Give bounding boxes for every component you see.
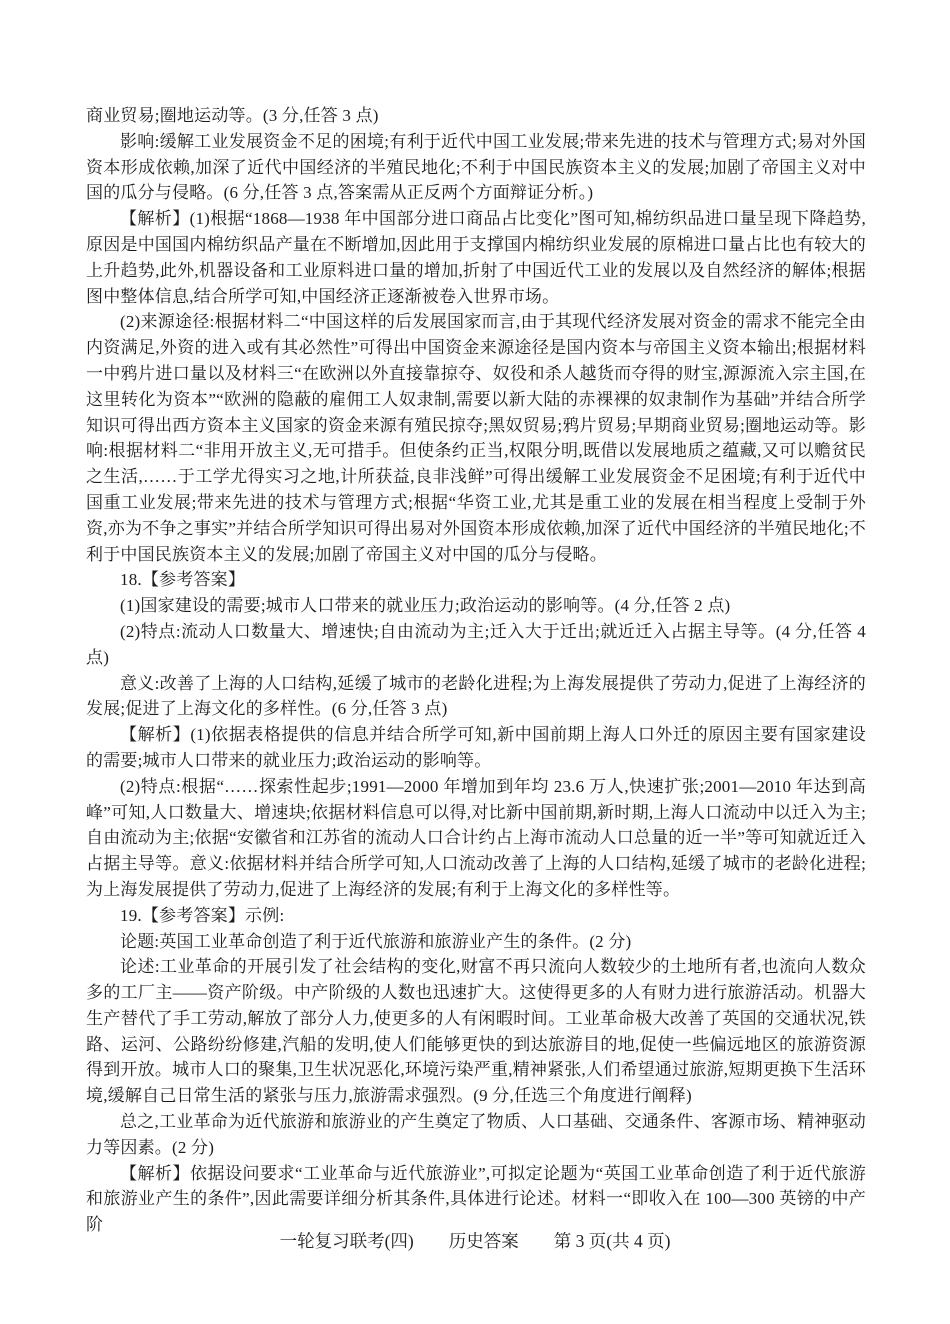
paragraph-q17-influence: 影响:缓解工业发展资金不足的困境;有利于近代中国工业发展;带来先进的技术与管理方… [86, 129, 866, 206]
paragraph-q17-analysis-1: 【解析】(1)根据“1868—1938 年中国部分进口商品占比变化”图可知,棉纺… [86, 206, 866, 309]
paragraph-q19-heading: 19.【参考答案】示例: [86, 903, 866, 929]
paragraph-q18-heading: 18.【参考答案】 [86, 567, 866, 593]
footer-subject: 历史答案 [449, 1228, 519, 1253]
paragraph-q19-analysis: 【解析】依据设问要求“工业革命与近代旅游业”,可拟定论题为“英国工业革命创造了利… [86, 1161, 866, 1238]
paragraph-q19-thesis: 论题:英国工业革命创造了利于近代旅游和旅游业产生的条件。(2 分) [86, 929, 866, 955]
paragraph-q19-exposition: 论述:工业革命的开展引发了社会结构的变化,财富不再只流向人数较少的土地所有者,也… [86, 954, 866, 1109]
paragraph-q17-analysis-2: (2)来源途径:根据材料二“中国这样的后发展国家而言,由于其现代经济发展对资金的… [86, 309, 866, 567]
answer-document-body: 商业贸易;圈地运动等。(3 分,任答 3 点) 影响:缓解工业发展资金不足的困境… [86, 103, 866, 1238]
paragraph-q19-conclusion: 总之,工业革命为近代旅游和旅游业的产生奠定了物质、人口基础、交通条件、客源市场、… [86, 1109, 866, 1161]
footer-page-info: 第 3 页(共 4 页) [554, 1228, 671, 1253]
footer-exam-name: 一轮复习联考(四) [280, 1228, 414, 1253]
paragraph-q17-score-line: 商业贸易;圈地运动等。(3 分,任答 3 点) [86, 103, 866, 129]
page-footer: 一轮复习联考(四) 历史答案 第 3 页(共 4 页) [0, 1228, 950, 1253]
paragraph-q18-analysis-1: 【解析】(1)依据表格提供的信息并结合所学可知,新中国前期上海人口外迁的原因主要… [86, 722, 866, 774]
paragraph-q18-answer-1: (1)国家建设的需要;城市人口带来的就业压力;政治运动的影响等。(4 分,任答 … [86, 593, 866, 619]
paragraph-q18-analysis-2: (2)特点:根据“……探索性起步;1991—2000 年增加到年均 23.6 万… [86, 774, 866, 903]
paragraph-q18-answer-2: (2)特点:流动人口数量大、增速快;自由流动为主;迁入大于迁出;就近迁入占据主导… [86, 619, 866, 671]
paragraph-q18-answer-meaning: 意义:改善了上海的人口结构,延缓了城市的老龄化进程;为上海发展提供了劳动力,促进… [86, 671, 866, 723]
